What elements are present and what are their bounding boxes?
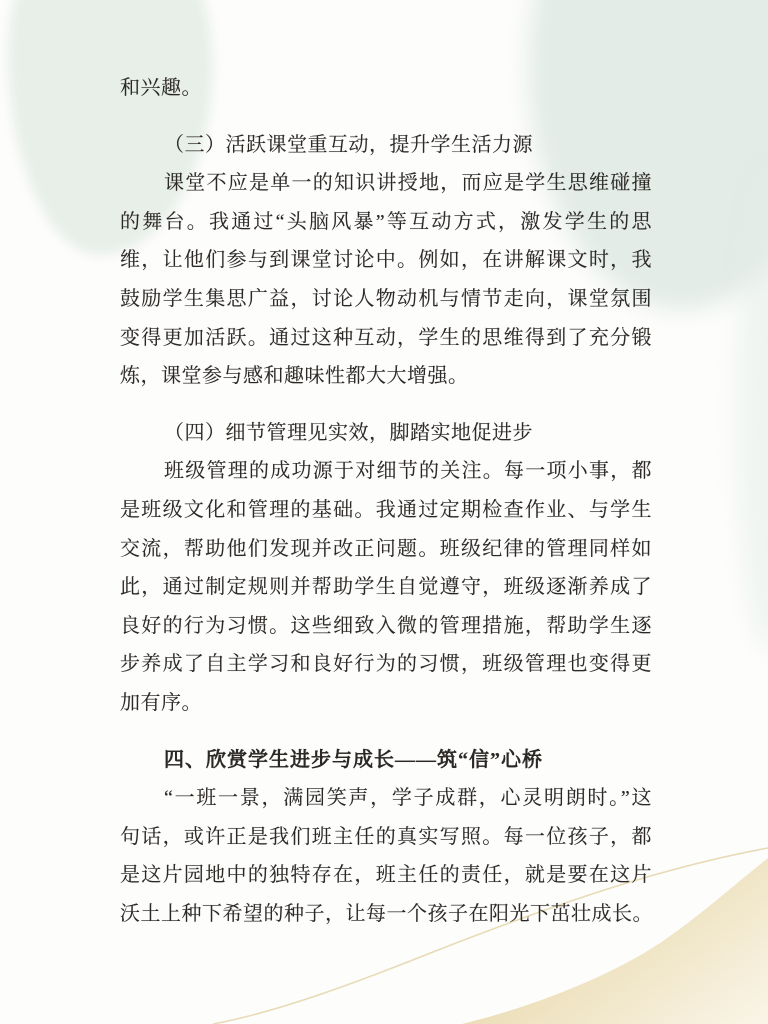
text-line: 是班级文化和管理的基础。我通过定期检查作业、与学生 (120, 491, 652, 530)
paragraph: 和兴趣。 (120, 69, 652, 108)
text-line: 变得更加活跃。通过这种互动，学生的思维得到了充分锻 (120, 319, 652, 358)
heading: 四、欣赏学生进步与成长——筑“信”心桥 (120, 741, 652, 780)
subheading: （三）活跃课堂重互动，提升学生活力源 (120, 126, 652, 165)
text-line: 句话，或许正是我们班主任的真实写照。每一位孩子，都 (120, 818, 652, 857)
text-line: 班级管理的成功源于对细节的关注。每一项小事，都 (120, 452, 652, 491)
text-line: 交流，帮助他们发现并改正问题。班级纪律的管理同样如 (120, 530, 652, 569)
right-edge-green-band-decoration (738, 170, 768, 650)
document-body: 和兴趣。（三）活跃课堂重互动，提升学生活力源课堂不应是单一的知识讲授地，而应是学… (120, 69, 652, 933)
paragraph: “一班一景，满园笑声，学子成群，心灵明朗时。”这句话，或许正是我们班主任的真实写… (120, 779, 652, 933)
text-line: （三）活跃课堂重互动，提升学生活力源 (120, 126, 652, 165)
subheading: （四）细节管理见实效，脚踏实地促进步 (120, 414, 652, 453)
paragraph: 课堂不应是单一的知识讲授地，而应是学生思维碰撞的舞台。我通过“头脑风暴”等互动方… (120, 164, 652, 396)
text-line: 的舞台。我通过“头脑风暴”等互动方式，激发学生的思 (120, 203, 652, 242)
document-page: 和兴趣。（三）活跃课堂重互动，提升学生活力源课堂不应是单一的知识讲授地，而应是学… (0, 0, 768, 1024)
paragraph: 班级管理的成功源于对细节的关注。每一项小事，都是班级文化和管理的基础。我通过定期… (120, 452, 652, 722)
text-line: 课堂不应是单一的知识讲授地，而应是学生思维碰撞 (120, 164, 652, 203)
text-line: 是这片园地中的独特存在，班主任的责任，就是要在这片 (120, 856, 652, 895)
text-line: 四、欣赏学生进步与成长——筑“信”心桥 (120, 741, 652, 780)
text-line: 炼，课堂参与感和趣味性都大大增强。 (120, 357, 652, 396)
text-line: 和兴趣。 (120, 69, 652, 108)
text-line: （四）细节管理见实效，脚踏实地促进步 (120, 414, 652, 453)
text-line: “一班一景，满园笑声，学子成群，心灵明朗时。”这 (120, 779, 652, 818)
text-line: 维，让他们参与到课堂讨论中。例如，在讲解课文时，我 (120, 241, 652, 280)
text-line: 步养成了自主学习和良好行为的习惯，班级管理也变得更 (120, 645, 652, 684)
text-line: 良好的行为习惯。这些细致入微的管理措施，帮助学生逐 (120, 607, 652, 646)
text-line: 加有序。 (120, 684, 652, 723)
text-line: 鼓励学生集思广益，讨论人物动机与情节走向，课堂氛围 (120, 280, 652, 319)
text-line: 此，通过制定规则并帮助学生自觉遵守，班级逐渐养成了 (120, 568, 652, 607)
text-line: 沃土上种下希望的种子，让每一个孩子在阳光下茁壮成长。 (120, 895, 652, 934)
